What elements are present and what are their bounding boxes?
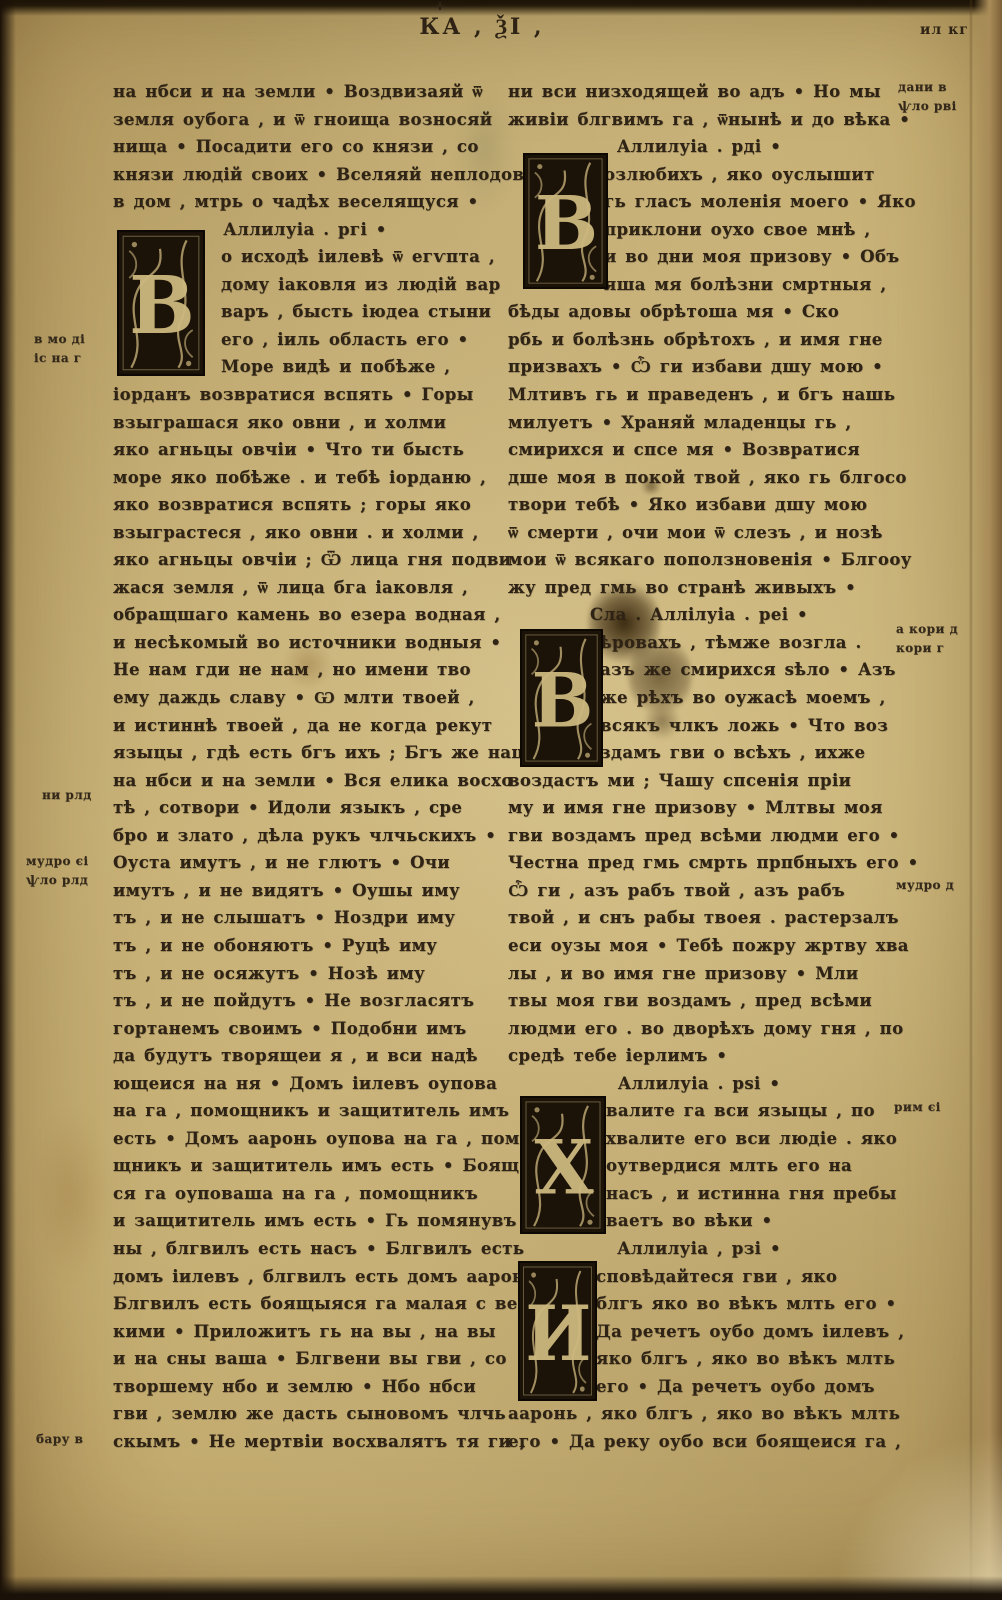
margin-note: в мо ді іс на г [34,330,85,367]
text-line: му и имя гне призову • Млтвы моя [508,794,890,822]
text-line: обращшаго камень во езера водная , [113,601,497,629]
text-line: мои ѿ всякаго поползновенія • Блгооу [508,546,890,574]
page-scan: ✚ КА , ѮІ , ил кг на нбси и на земли • В… [0,0,1002,1600]
text-line: воздастъ ми ; Чашу спсенія пріи [508,767,890,795]
text-line: рбь и болѣзнь обрѣтохъ , и имя гне [508,326,890,354]
text-line: князи людій своих • Вселяяй неплодовь [113,161,497,189]
cross-fleuron-icon: ✚ [420,0,460,13]
ornate-initial: Х [520,1096,606,1234]
page-edge-right [974,0,1002,1600]
text-line: Не нам гди не нам , но имени тво [113,656,497,684]
text-line: яко агньцы овчіи • Что ти бысть [113,436,497,464]
page-header-right: ил кг [920,22,990,38]
text-line: призвахъ • Ѽ ги избави дшу мою • [508,353,890,381]
text-line: есть • Домъ ааронь оупова на га , помо [113,1125,497,1153]
text-line: бро и злато , дѣла рукъ члчьскихъ • [113,822,497,850]
text-line: и истиннѣ твоей , да не когда рекут [113,712,497,740]
text-line: Аллилуіа . рѕі • [508,1070,890,1098]
svg-text:В: В [531,657,593,745]
text-line: нища • Посадити его со князи , со [113,133,497,161]
text-line: Сла . Аллілуіа . реі • [508,601,890,629]
page-crease [969,0,973,1600]
text-line: ему даждь славу • Ѡ млти твоей , [113,684,497,712]
text-line: тъ , и не обоняютъ • Руцѣ иму [113,932,497,960]
text-line: творшему нбо и землю • Нбо нбси [113,1373,497,1401]
text-line: в дом , мтрь о чадѣх веселящуся • [113,188,497,216]
text-line: Оуста имутъ , и не глютъ • Очи [113,849,497,877]
text-line: тъ , и не пойдутъ • Не возгласятъ [113,987,497,1015]
text-line: ющеися на ня • Домъ іилевъ оупова [113,1070,497,1098]
margin-note: дани в ѱло рві [898,78,957,115]
text-line: яко агньцы овчіи ; Ѿ лица гня подви [113,546,497,574]
text-line: взыграшася яко овни , и холми [113,409,497,437]
text-line: твы моя гви воздамъ , пред всѣми [508,987,890,1015]
text-line: имутъ , и не видятъ • Оушы иму [113,877,497,905]
text-line: людми его . во дворѣхъ дому гня , по [508,1015,890,1043]
margin-note: ни рлд [42,786,92,805]
ornate-initial: И [518,1261,597,1401]
ornate-initial: В [523,153,608,289]
page-header-center: КА , ѮІ , [372,14,592,40]
text-line: Млтивъ гь и праведенъ , и бгъ нашь [508,381,890,409]
text-line: и несѣкомый во источники водныя • [113,629,497,657]
text-line: ся га оуповаша на га , помощникъ [113,1180,497,1208]
svg-text:В: В [129,259,195,353]
text-line: гви воздамъ пред всѣми людми его • [508,822,890,850]
page-edge-left [0,0,16,1600]
margin-note: а кори д кори г [896,620,958,657]
text-line: домъ іилевъ , блгвилъ есть домъ ааронь • [113,1263,497,1291]
text-line: Аллилуіа , рзі • [508,1235,890,1263]
text-line: щникъ и защититель имъ есть • Боящеи [113,1152,497,1180]
text-line: море яко побѣже . и тебѣ іорданю , [113,464,497,492]
margin-note: рим єі [894,1098,941,1117]
text-line: на га , помощникъ и защититель имъ [113,1097,497,1125]
text-line: іорданъ возвратися вспять • Горы [113,381,497,409]
text-line: лы , и во имя гне призову • Мли [508,960,890,988]
text-line: гви , землю же дасть сыновомъ члчь [113,1400,497,1428]
text-line: еси оузы моя • Тебѣ пожру жртву хва [508,932,890,960]
text-line: скымъ • Не мертвіи восхвалятъ тя ги , [113,1428,497,1456]
margin-note: мудро єі ѱло рлд [26,852,89,889]
text-line: тъ , и не осяжутъ • Нозѣ иму [113,960,497,988]
text-line: ѿ смерти , очи мои ѿ слезъ , и нозѣ [508,519,890,547]
ornate-initial: В [520,629,603,767]
svg-text:Х: Х [535,1123,594,1211]
text-line: тъ , и не слышатъ • Ноздри иму [113,904,497,932]
text-line: взыграстеся , яко овни . и холми , [113,519,497,547]
svg-text:В: В [535,180,598,267]
text-line: жася земля , ѿ лица бга іаковля , [113,574,497,602]
text-line: твой , и снъ рабы твоея . растерзалъ [508,904,890,932]
text-line: ни вси низходящей во адъ • Но мы [508,78,890,106]
text-line: бѣды адовы обрѣтоша мя • Ско [508,298,890,326]
text-line: смирихся и спсе мя • Возвратися [508,436,890,464]
text-line: Блгвилъ есть боящыяся га малая с вели [113,1290,497,1318]
text-line: и защититель имъ есть • Гь помянувъ [113,1207,497,1235]
text-line: тѣ , сотвори • Идоли языкъ , сре [113,794,497,822]
text-line: гортанемъ своимъ • Подобни имъ [113,1015,497,1043]
text-line: и на сны ваша • Блгвени вы гви , со [113,1345,497,1373]
ornate-initial: В [117,230,205,376]
text-line: земля оубога , и ѿ гноища возносяй [113,106,497,134]
text-line: яко возвратися вспять ; горы яко [113,491,497,519]
svg-text:И: И [525,1289,591,1379]
text-line: его • Да реку оубо вси боящеися га , [508,1428,890,1456]
text-line: на нбси и на земли • Вся елика восхо [113,767,497,795]
text-line: на нбси и на земли • Воздвизаяй ѿ [113,78,497,106]
text-line: кими • Приложитъ гь на вы , на вы [113,1318,497,1346]
text-line: живіи блгвимъ га , ѿнынѣ и до вѣка • [508,106,890,134]
text-line: языцы , гдѣ есть бгъ ихъ ; Бгъ же наш [113,739,497,767]
text-line: милуетъ • Храняй младенцы гь , [508,409,890,437]
text-line: да будутъ творящеи я , и вси надѣ [113,1042,497,1070]
text-line: жу пред гмь во странѣ живыхъ • [508,574,890,602]
paper-smudge [30,1110,110,1280]
margin-note: мудро д [896,876,954,895]
text-line: Ѽ ги , азъ рабъ твой , азъ рабъ [508,877,890,905]
text-line: твори тебѣ • Яко избави дшу мою [508,491,890,519]
margin-note: бару в [36,1430,83,1449]
text-line: средѣ тебе іерлимъ • [508,1042,890,1070]
text-line: ааронь , яко блгъ , яко во вѣкъ млть [508,1400,890,1428]
text-line: Честна пред гмь смрть прпбныхъ его • [508,849,890,877]
text-line: ны , блгвилъ есть насъ • Блгвилъ есть [113,1235,497,1263]
text-line: дше моя в покой твой , яко гь блгосо [508,464,890,492]
